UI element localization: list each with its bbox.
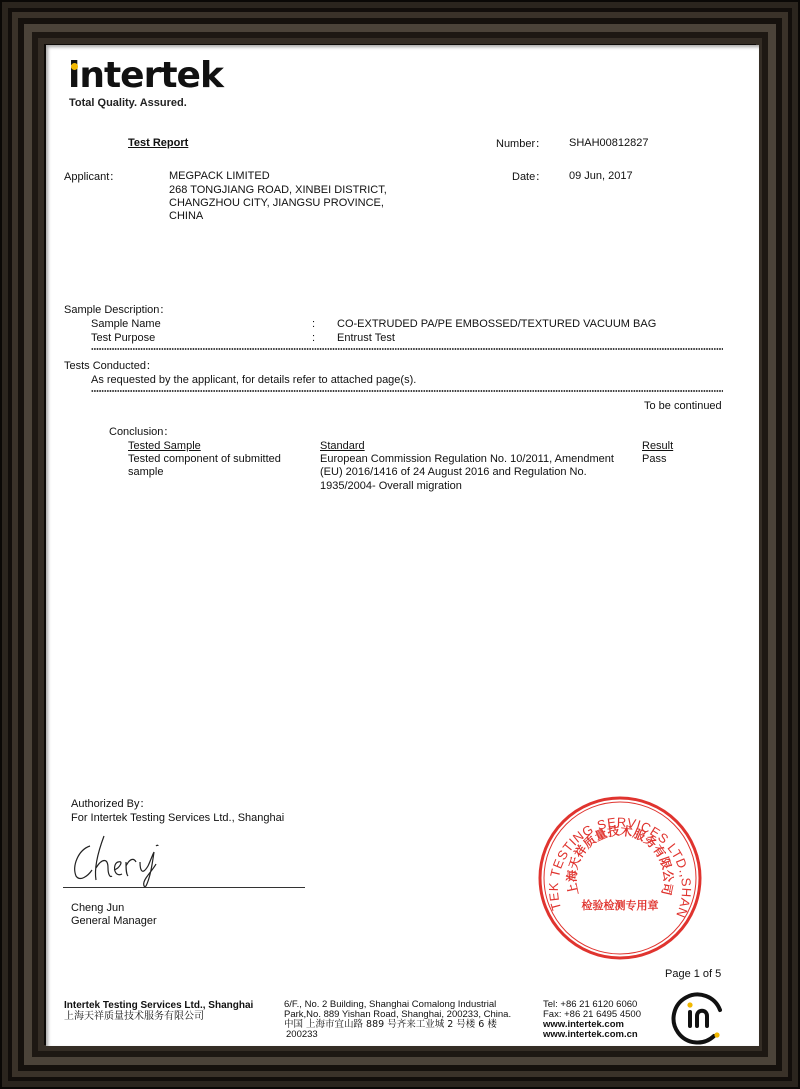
conclusion-standard: European Commission Regulation No. 10/20… (320, 453, 614, 466)
footer-address-line: 200233 (286, 1030, 318, 1040)
logo-accent-dot (71, 63, 78, 70)
signer-name: Cheng Jun (71, 902, 124, 915)
sample-name-value: CO-EXTRUDED PA/PE EMBOSSED/TEXTURED VACU… (337, 318, 656, 331)
conclusion-standard: 1935/2004- Overall migration (320, 480, 462, 493)
seal-center-text: 检验检测专用章 (582, 898, 659, 912)
sample-description-heading: Sample Description： (64, 304, 170, 317)
report-date-label: Date： (512, 171, 546, 184)
tests-conducted-heading: Tests Conducted： (64, 360, 157, 373)
report-date: 09 Jun, 2017 (569, 170, 633, 183)
footer-company-cn: 上海天祥质量技术服务有限公司 (64, 1011, 204, 1022)
report-number-label: Number： (496, 138, 546, 151)
applicant-line: CHANGZHOU CITY, JIANGSU PROVINCE, (169, 197, 384, 210)
conclusion-heading: Conclusion： (109, 426, 174, 439)
to-be-continued: To be continued (644, 400, 722, 413)
asterisk-separator (91, 389, 723, 393)
page-indicator: Page 1 of 5 (665, 968, 721, 981)
asterisk-separator (91, 347, 723, 351)
test-purpose-value: Entrust Test (337, 332, 395, 345)
signature-line (63, 887, 305, 888)
applicant-line: MEGPACK LIMITED (169, 170, 270, 183)
tests-conducted-text: As requested by the applicant, for detai… (91, 374, 416, 387)
sample-name-label: Sample Name (91, 318, 161, 331)
col-header-result: Result (642, 440, 673, 453)
applicant-label: Applicant： (64, 171, 120, 184)
conclusion-sample: Tested component of submitted (128, 453, 281, 466)
col-header-tested-sample: Tested Sample (128, 440, 201, 453)
test-purpose-label: Test Purpose (91, 332, 155, 345)
signature (68, 832, 188, 888)
footer-website-cn-link[interactable]: www.intertek.com.cn (543, 1030, 638, 1040)
conclusion-result: Pass (642, 453, 666, 466)
signer-title: General Manager (71, 915, 157, 928)
logo-tagline: Total Quality. Assured. (69, 97, 187, 109)
authorized-org: For Intertek Testing Services Ltd., Shan… (71, 812, 284, 825)
test-purpose-sep: : (312, 332, 315, 345)
col-header-standard: Standard (320, 440, 365, 453)
conclusion-standard: (EU) 2016/1416 of 24 August 2016 and Reg… (320, 466, 587, 479)
sample-name-sep: : (312, 318, 315, 331)
intertek-in-logo-icon (670, 990, 726, 1046)
report-number: SHAH00812827 (569, 137, 649, 150)
applicant-line: 268 TONGJIANG ROAD, XINBEI DISTRICT, (169, 184, 387, 197)
report-title: Test Report (128, 137, 188, 150)
company-seal: INTERTEK TESTING SERVICES LTD.,SHANGHAI … (537, 795, 703, 961)
authorized-by-heading: Authorized By： (71, 798, 150, 811)
conclusion-sample: sample (128, 466, 163, 479)
footer-company-en: Intertek Testing Services Ltd., Shanghai (64, 1000, 253, 1011)
intertek-logo: intertek (68, 56, 223, 96)
applicant-line: CHINA (169, 210, 203, 223)
